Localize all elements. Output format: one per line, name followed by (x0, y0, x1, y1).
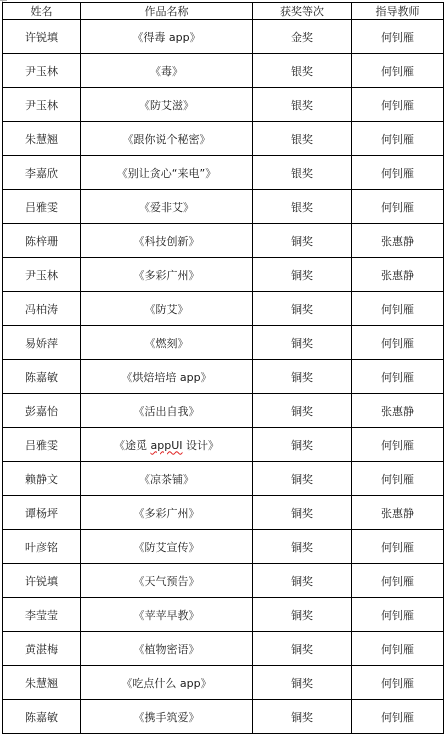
cell-award: 铜奖 (253, 258, 352, 292)
cell-work: 《燃刻》 (81, 326, 253, 360)
cell-name: 吕雅雯 (3, 190, 81, 224)
cell-name: 彭嘉怡 (3, 394, 81, 428)
cell-award: 铜奖 (253, 326, 352, 360)
cell-teacher: 何钊雁 (352, 360, 444, 394)
table-row: 陈嘉敏 《烘焙培培 app》 铜奖 何钊雁 (3, 360, 444, 394)
cell-work: 《途觅 appUI 设计》 (81, 428, 253, 462)
cell-name: 冯柏涛 (3, 292, 81, 326)
cell-award: 金奖 (253, 20, 352, 54)
cell-teacher: 何钊雁 (352, 292, 444, 326)
cell-teacher: 何钊雁 (352, 122, 444, 156)
cell-work: 《防艾宣传》 (81, 530, 253, 564)
cell-work: 《苹苹早教》 (81, 598, 253, 632)
cell-name: 陈嘉敏 (3, 700, 81, 734)
table-header-row: 姓名 作品名称 获奖等次 指导教师 (3, 3, 444, 20)
work-title-suffix: 设计》 (183, 439, 220, 452)
cell-teacher: 何钊雁 (352, 632, 444, 666)
cell-work: 《科技创新》 (81, 224, 253, 258)
work-title-prefix: 《途觅 (114, 439, 151, 452)
header-name: 姓名 (3, 3, 81, 20)
cell-award: 铜奖 (253, 598, 352, 632)
cell-teacher: 张惠静 (352, 496, 444, 530)
cell-award: 铜奖 (253, 224, 352, 258)
cell-work: 《跟你说个秘密》 (81, 122, 253, 156)
cell-name: 叶彦铭 (3, 530, 81, 564)
cell-award: 铜奖 (253, 530, 352, 564)
cell-name: 陈嘉敏 (3, 360, 81, 394)
cell-teacher: 张惠静 (352, 224, 444, 258)
cell-work: 《爱非艾》 (81, 190, 253, 224)
cell-work: 《防艾滋》 (81, 88, 253, 122)
cell-teacher: 何钊雁 (352, 190, 444, 224)
cell-name: 黄湛梅 (3, 632, 81, 666)
table-row: 陈梓珊 《科技创新》 铜奖 张惠静 (3, 224, 444, 258)
table-row: 吕雅雯 《途觅 appUI 设计》 铜奖 何钊雁 (3, 428, 444, 462)
cell-award: 银奖 (253, 54, 352, 88)
cell-teacher: 何钊雁 (352, 700, 444, 734)
table-row: 许锐填 《得毒 app》 金奖 何钊雁 (3, 20, 444, 54)
cell-name: 吕雅雯 (3, 428, 81, 462)
cell-name: 朱慧翘 (3, 122, 81, 156)
table-row: 冯柏涛 《防艾》 铜奖 何钊雁 (3, 292, 444, 326)
cell-name: 陈梓珊 (3, 224, 81, 258)
cell-work: 《毒》 (81, 54, 253, 88)
table-row: 黄湛梅 《植物密语》 铜奖 何钊雁 (3, 632, 444, 666)
cell-teacher: 张惠静 (352, 258, 444, 292)
table-row: 叶彦铭 《防艾宣传》 铜奖 何钊雁 (3, 530, 444, 564)
cell-teacher: 何钊雁 (352, 428, 444, 462)
cell-work: 《天气预告》 (81, 564, 253, 598)
cell-teacher: 何钊雁 (352, 666, 444, 700)
cell-teacher: 何钊雁 (352, 88, 444, 122)
cell-name: 尹玉林 (3, 54, 81, 88)
cell-award: 铜奖 (253, 360, 352, 394)
cell-work: 《得毒 app》 (81, 20, 253, 54)
cell-work: 《别让贪心“来电”》 (81, 156, 253, 190)
cell-award: 铜奖 (253, 496, 352, 530)
cell-award: 铜奖 (253, 700, 352, 734)
table-row: 彭嘉怡 《活出自我》 铜奖 张惠静 (3, 394, 444, 428)
cell-work: 《携手筑爱》 (81, 700, 253, 734)
cell-teacher: 何钊雁 (352, 598, 444, 632)
cell-name: 许锐填 (3, 20, 81, 54)
table-row: 李嘉欣 《别让贪心“来电”》 银奖 何钊雁 (3, 156, 444, 190)
cell-work: 《多彩广州》 (81, 496, 253, 530)
table-row: 谭杨坪 《多彩广州》 铜奖 张惠静 (3, 496, 444, 530)
cell-teacher: 何钊雁 (352, 462, 444, 496)
table-row: 吕雅雯 《爱非艾》 银奖 何钊雁 (3, 190, 444, 224)
cell-name: 李莹莹 (3, 598, 81, 632)
cell-award: 银奖 (253, 190, 352, 224)
header-work-title: 作品名称 (81, 3, 253, 20)
cell-name: 尹玉林 (3, 88, 81, 122)
cell-name: 谭杨坪 (3, 496, 81, 530)
awards-table: 姓名 作品名称 获奖等次 指导教师 许锐填 《得毒 app》 金奖 何钊雁 尹玉… (2, 2, 444, 734)
cell-name: 朱慧翘 (3, 666, 81, 700)
cell-name: 尹玉林 (3, 258, 81, 292)
document-page: 姓名 作品名称 获奖等次 指导教师 许锐填 《得毒 app》 金奖 何钊雁 尹玉… (0, 0, 447, 734)
cell-name: 赖静文 (3, 462, 81, 496)
cell-award: 铜奖 (253, 292, 352, 326)
cell-award: 银奖 (253, 88, 352, 122)
header-award-level: 获奖等次 (253, 3, 352, 20)
cell-work: 《烘焙培培 app》 (81, 360, 253, 394)
cell-award: 铜奖 (253, 564, 352, 598)
cell-teacher: 何钊雁 (352, 564, 444, 598)
cell-award: 铜奖 (253, 666, 352, 700)
cell-work: 《多彩广州》 (81, 258, 253, 292)
table-row: 尹玉林 《毒》 银奖 何钊雁 (3, 54, 444, 88)
cell-work: 《植物密语》 (81, 632, 253, 666)
cell-teacher: 何钊雁 (352, 156, 444, 190)
table-row: 朱慧翘 《吃点什么 app》 铜奖 何钊雁 (3, 666, 444, 700)
header-teacher: 指导教师 (352, 3, 444, 20)
table-row: 尹玉林 《多彩广州》 铜奖 张惠静 (3, 258, 444, 292)
cell-award: 银奖 (253, 122, 352, 156)
cell-work: 《凉茶铺》 (81, 462, 253, 496)
cell-work: 《吃点什么 app》 (81, 666, 253, 700)
table-row: 李莹莹 《苹苹早教》 铜奖 何钊雁 (3, 598, 444, 632)
table-row: 朱慧翘 《跟你说个秘密》 银奖 何钊雁 (3, 122, 444, 156)
table-row: 赖静文 《凉茶铺》 铜奖 何钊雁 (3, 462, 444, 496)
cell-award: 银奖 (253, 156, 352, 190)
spellcheck-flagged-word[interactable]: appUI (150, 439, 182, 452)
table-row: 许锐填 《天气预告》 铜奖 何钊雁 (3, 564, 444, 598)
cell-teacher: 张惠静 (352, 394, 444, 428)
cell-award: 铜奖 (253, 428, 352, 462)
table-row: 陈嘉敏 《携手筑爱》 铜奖 何钊雁 (3, 700, 444, 734)
cell-name: 许锐填 (3, 564, 81, 598)
cell-award: 铜奖 (253, 394, 352, 428)
cell-name: 易娇萍 (3, 326, 81, 360)
cell-teacher: 何钊雁 (352, 54, 444, 88)
cell-name: 李嘉欣 (3, 156, 81, 190)
cell-award: 铜奖 (253, 462, 352, 496)
cell-work: 《防艾》 (81, 292, 253, 326)
cell-teacher: 何钊雁 (352, 530, 444, 564)
cell-award: 铜奖 (253, 632, 352, 666)
cell-teacher: 何钊雁 (352, 20, 444, 54)
table-row: 易娇萍 《燃刻》 铜奖 何钊雁 (3, 326, 444, 360)
cell-teacher: 何钊雁 (352, 326, 444, 360)
cell-work: 《活出自我》 (81, 394, 253, 428)
table-row: 尹玉林 《防艾滋》 银奖 何钊雁 (3, 88, 444, 122)
